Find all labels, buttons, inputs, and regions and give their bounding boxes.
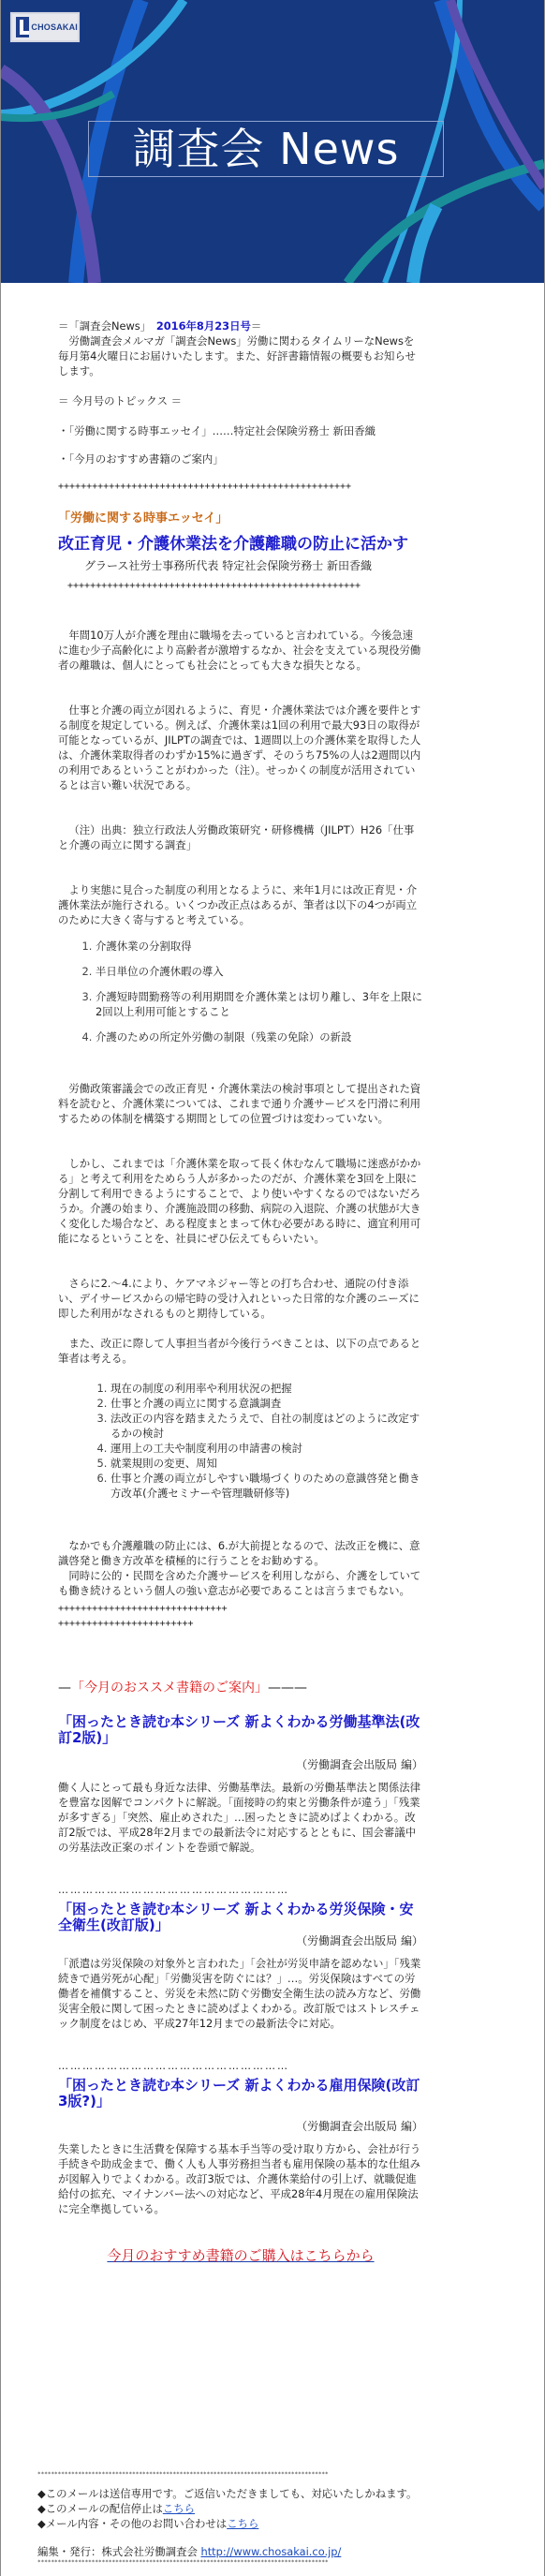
book-description-1: 働く人にとって最も身近な法律、労働基準法。最新の労働基準法と関係法律を豊富な図解… xyxy=(58,1780,423,1855)
footer-no-reply: ◆このメールは送信専用です。ご返信いただきましても、対応いたしかねます。 xyxy=(37,2486,487,2501)
book-title-2: 「困ったとき読む本シリーズ 新よくわかる労災保険・安全衛生(改訂版)」 xyxy=(58,1902,423,1933)
book-description-3: 失業したときに生活費を保障する基本手当等の受け取り方から、会社が行う手続きや助成… xyxy=(58,2141,423,2216)
book-title-1: 「困ったとき読む本シリーズ 新よくわかる労働基準法(改訂2版)」 xyxy=(58,1714,423,1746)
issue-prefix: ＝「調査会News」 xyxy=(58,319,156,333)
book-description-2: 「派遣は労災保険の対象外と言われた」「会社が労災申請を認めない」「残業続きで過労… xyxy=(58,1956,423,2031)
footer-unsubscribe: ◆このメールの配信停止はこちら xyxy=(37,2501,487,2516)
intro-description: 労働調査会メルマガ「調査会News」労働に関わるタイムリーなNewsを毎月第4火… xyxy=(58,333,423,378)
essay-section-label: 「労働に関する時事エッセイ」 xyxy=(58,511,423,526)
dotted-separator: ………………………………………………… xyxy=(58,1883,423,1898)
unsubscribe-link[interactable]: こちら xyxy=(163,2502,195,2515)
dash: — xyxy=(58,1680,71,1695)
hr-actions-list: 現在の制度の利用率や利用状況の把握 仕事と介護の両立に関する意識調査 法改正の内… xyxy=(58,1381,423,1501)
essay-author: グラース社労士事務所代表 特定社会保険労務士 新田香織 xyxy=(58,558,423,573)
issue-date: 2016年8月23日号 xyxy=(156,319,251,333)
essay-paragraph: 仕事と介護の両立が図れるように、育児・介護休業法では介護を要件とする制度を規定し… xyxy=(58,703,423,792)
separator: ++++++++++++++++++++++++++++++ xyxy=(58,1602,423,1617)
essay-paragraph: 同時に公的・民間を含めた介護サービスを利用しながら、介護をしていても働き続けると… xyxy=(58,1568,423,1598)
separator: ++++++++++++++++++++++++ xyxy=(58,1617,423,1632)
separator: ++++++++++++++++++++++++++++++++++++++++… xyxy=(58,579,423,594)
footer-contact: ◆メール内容・その他のお問い合わせはこちら xyxy=(37,2516,487,2531)
dotted-separator: ………………………………………………… xyxy=(58,2059,423,2074)
essay-paragraph: 年間10万人が介護を理由に職場を去っていると言われている。今後急速に進む少子高齢… xyxy=(58,628,423,673)
list-item: 現在の制度の利用率や利用状況の把握 xyxy=(110,1381,423,1396)
topic-item-essay: ・「労働に関する時事エッセイ」……特定社会保険労務士 新田香織 xyxy=(58,423,423,438)
list-item: 介護のための所定外労働の制限（残業の免除）の新設 xyxy=(96,1029,423,1044)
website-link[interactable]: http://www.chosakai.co.jp/ xyxy=(200,2545,341,2558)
list-item: 仕事と介護の両立に関する意識調査 xyxy=(110,1396,423,1411)
newsletter-title: 調査会 News xyxy=(133,127,400,170)
chosakai-logo: CHOSAKAI xyxy=(10,12,80,42)
book-title-3: 「困ったとき読む本シリーズ 新よくわかる雇用保険(改訂3版?)」 xyxy=(58,2078,423,2110)
dash: ——— xyxy=(268,1680,307,1695)
essay-paragraph: なかでも介護離職の防止には、6.が大前提となるので、法改正を機に、意識啓発と働き… xyxy=(58,1538,423,1568)
list-item: 運用上の工夫や制度利用の申請書の検討 xyxy=(110,1441,423,1456)
buy-books-link[interactable]: 今月のおすすめ書籍のご購入はこちらから xyxy=(58,2248,423,2263)
newsletter-body: ＝「調査会News」 2016年8月23日号＝ 労働調査会メルマガ「調査会New… xyxy=(58,318,423,2263)
newsletter-title-box: 調査会 News xyxy=(88,121,444,177)
essay-title: 改正育児・介護休業法を介護離職の防止に活かす xyxy=(58,534,423,555)
book-publisher-2: （労働調査会出版局 編） xyxy=(58,1933,423,1948)
separator: ++++++++++++++++++++++++++++++++++++++++… xyxy=(58,480,423,495)
essay-paragraph: より実態に見合った制度の利用となるように、来年1月には改正育児・介護休業法が施行… xyxy=(58,882,423,927)
topic-item-books: ・「今月のおすすめ書籍のご案内」 xyxy=(58,452,423,466)
newsletter-footer: ****************************************… xyxy=(37,2471,487,2567)
list-item: 介護短時間勤務等の利用期間を介護休業とは切り離し、3年を上限に2回以上利用可能と… xyxy=(96,989,423,1019)
stars-separator: ****************************************… xyxy=(37,2471,328,2479)
book-publisher-3: （労働調査会出版局 編） xyxy=(58,2119,423,2134)
essay-paragraph: また、改正に際して人事担当者が今後行うべきことは、以下の点であると筆者は考える。 xyxy=(58,1336,423,1366)
list-item: 仕事と介護の両立がしやすい職場づくりのための意識啓発と働き方改革(介護セミナーや… xyxy=(110,1471,423,1501)
book-publisher-1: （労働調査会出版局 編） xyxy=(58,1757,423,1772)
essay-paragraph: さらに2.～4.により、ケアマネジャー等との打ち合わせ、通院の付き添い、デイサー… xyxy=(58,1276,423,1321)
list-item: 介護休業の分割取得 xyxy=(96,939,423,954)
stars-separator: ****************************************… xyxy=(37,2559,328,2567)
footer-publisher: 編集・発行：株式会社労働調査会 http://www.chosakai.co.j… xyxy=(37,2544,487,2559)
essay-note: （注）出典：独立行政法人労働政策研究・研修機構（JILPT）H26「仕事と介護の… xyxy=(58,822,423,852)
issue-suffix: ＝ xyxy=(251,319,261,333)
unsubscribe-label: ◆このメールの配信停止は xyxy=(37,2502,163,2515)
header-banner: CHOSAKAI 調査会 News xyxy=(1,0,544,283)
reform-points-list: 介護休業の分割取得 半日単位の介護休暇の導入 介護短時間勤務等の利用期間を介護休… xyxy=(58,939,423,1044)
topics-heading: ＝ 今月号のトピックス ＝ xyxy=(58,393,423,408)
list-item: 就業規則の変更、周知 xyxy=(110,1456,423,1471)
list-item: 法改正の内容を踏まえたうえで、自社の制度はどのように改定するかの検討 xyxy=(110,1411,423,1441)
publisher-label: 編集・発行：株式会社労働調査会 xyxy=(37,2545,200,2558)
issue-line: ＝「調査会News」 2016年8月23日号＝ xyxy=(58,318,423,333)
logo-l-icon xyxy=(16,17,29,37)
contact-link[interactable]: こちら xyxy=(227,2517,258,2530)
books-section-title: 「今月のおススメ書籍のご案内」 xyxy=(71,1680,268,1695)
essay-paragraph: 労働政策審議会での改正育児・介護休業法の検討事項として提出された資料を読むと、介… xyxy=(58,1081,423,1126)
books-section-heading: —「今月のおススメ書籍のご案内」——— xyxy=(58,1680,423,1695)
logo-text: CHOSAKAI xyxy=(31,22,78,32)
contact-label: ◆メール内容・その他のお問い合わせは xyxy=(37,2517,227,2530)
essay-paragraph: しかし、これまでは「介護休業を取って長く休むなんて職場に迷惑がかかる」と考えて利… xyxy=(58,1156,423,1246)
list-item: 半日単位の介護休暇の導入 xyxy=(96,964,423,979)
